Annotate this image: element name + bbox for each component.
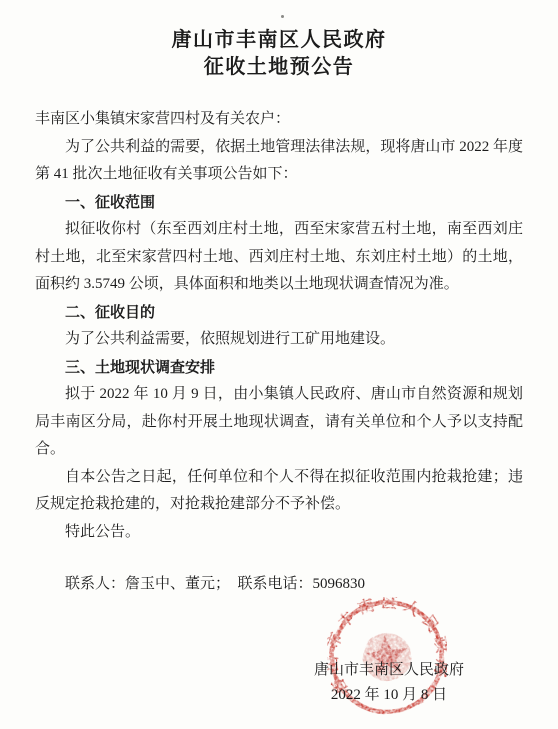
section-1-paragraph-1: 拟征收你村（东至西刘庄村土地，西至宋家营五村土地，南至西刘庄村土地，北至宋家营四… — [35, 216, 523, 299]
contact-line: 联系人：詹玉中、董元； 联系电话：5096830 — [35, 571, 523, 599]
document-title-line1: 唐山市丰南区人民政府 — [35, 27, 523, 54]
section-2-paragraph-1: 为了公共利益需要，依照规划进行工矿用地建设。 — [35, 326, 523, 354]
signature-block: 唐山市丰南区人民政府 2022 年 10 月 8 日 — [303, 658, 475, 708]
scan-artifact-dot — [281, 15, 284, 18]
section-2-heading: 二、征收目的 — [35, 299, 523, 327]
signature-date: 2022 年 10 月 8 日 — [303, 683, 475, 708]
section-3-heading: 三、土地现状调查安排 — [35, 354, 523, 382]
signature-issuer: 唐山市丰南区人民政府 — [303, 658, 475, 683]
announcement-document: 唐山市丰南区人民政府 征收土地预公告 丰南区小集镇宋家营四村及有关农户： 为了公… — [0, 0, 558, 729]
section-3-paragraph-2: 自本公告之日起，任何单位和个人不得在拟征收范围内抢栽抢建；违反规定抢栽抢建的，对… — [35, 464, 523, 519]
salutation: 丰南区小集镇宋家营四村及有关农户： — [35, 106, 523, 134]
section-1-heading: 一、征收范围 — [35, 189, 523, 217]
closing-statement: 特此公告。 — [35, 519, 523, 547]
intro-paragraph: 为了公共利益的需要，依据土地管理法律法规，现将唐山市 2022 年度第 41 批… — [35, 134, 523, 189]
document-title-line2: 征收土地预公告 — [35, 54, 523, 81]
section-3-paragraph-1: 拟于 2022 年 10 月 9 日，由小集镇人民政府、唐山市自然资源和规划局丰… — [35, 381, 523, 464]
